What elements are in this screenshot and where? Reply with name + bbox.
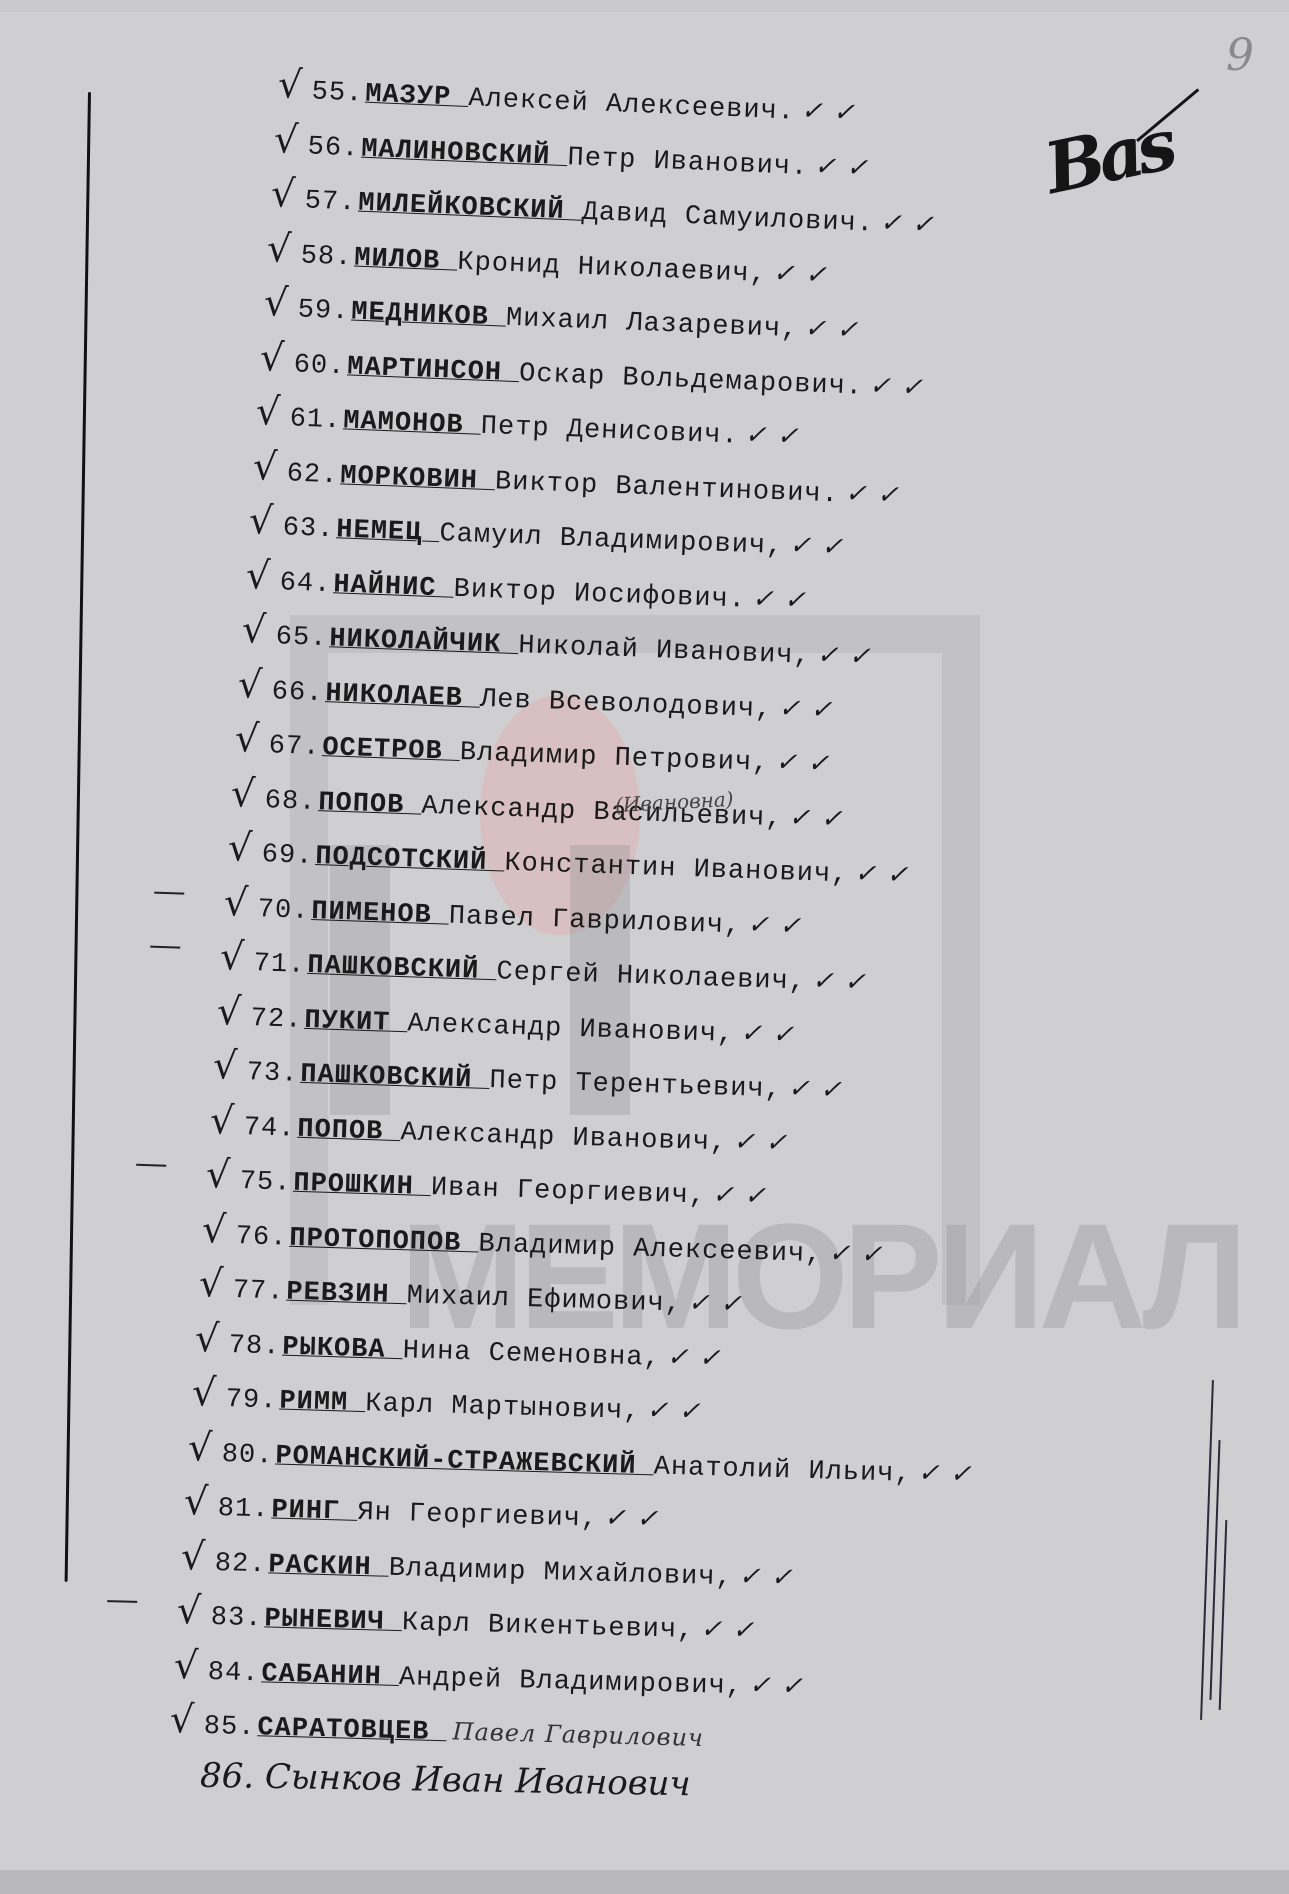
- entry-number: 69.: [261, 840, 314, 872]
- margin-check-icon: √: [259, 335, 293, 380]
- margin-check-icon: √: [241, 607, 275, 652]
- entry-surname: САБАНИН: [261, 1659, 399, 1693]
- entry-number: 67.: [268, 731, 321, 763]
- page-number: 9: [1226, 30, 1254, 81]
- entry-surname: МАРТИНСОН: [347, 352, 520, 389]
- check-marks-icon: ✓ ✓: [879, 208, 935, 240]
- check-marks-icon: ✓ ✓: [748, 1670, 804, 1701]
- entry-surname: РЕВЗИН: [286, 1278, 407, 1312]
- entry-number: 72.: [250, 1004, 303, 1036]
- entry-number: 61.: [290, 404, 343, 436]
- entry-number: 85.: [203, 1712, 255, 1743]
- entry-surname: ПРОТОПОПОВ: [289, 1223, 479, 1259]
- entry-surname: НАЙНИС: [332, 570, 453, 604]
- entry-surname: МОРКОВИН: [340, 461, 496, 497]
- entry-surname: РИНГ: [271, 1495, 358, 1527]
- margin-check-icon: √: [191, 1370, 224, 1415]
- check-marks-icon: ✓ ✓: [751, 583, 807, 615]
- margin-check-icon: √: [263, 280, 297, 325]
- check-marks-icon: ✓ ✓: [828, 1238, 884, 1270]
- entry-number: 66.: [272, 677, 325, 709]
- entry-number: 65.: [275, 622, 328, 654]
- entry-number: 63.: [282, 513, 335, 545]
- entry-surname: ПОПОВ: [318, 788, 422, 822]
- margin-check-icon: √: [270, 171, 304, 216]
- check-marks-icon: ✓ ✓: [816, 640, 872, 672]
- check-marks-icon: ✓ ✓: [745, 420, 801, 452]
- check-marks-icon: ✓ ✓: [712, 1180, 768, 1212]
- margin-check-icon: √: [252, 444, 286, 489]
- check-marks-icon: ✓ ✓: [853, 859, 909, 891]
- entry-number: 77.: [232, 1276, 284, 1308]
- margin-check-icon: √: [256, 389, 290, 434]
- entry-surname: МИЛОВ: [354, 243, 458, 277]
- check-marks-icon: ✓ ✓: [844, 478, 900, 510]
- check-marks-icon: ✓ ✓: [772, 258, 828, 290]
- entry-surname: РЫКОВА: [282, 1332, 403, 1366]
- entry-surname: РЫНЕВИЧ: [264, 1604, 402, 1638]
- entry-number: 58.: [300, 241, 353, 273]
- check-marks-icon: ✓ ✓: [646, 1395, 702, 1427]
- margin-check-icon: √: [184, 1479, 217, 1524]
- entry-handwritten-given-name: Павел Гаврилович: [452, 1717, 704, 1752]
- entry-surname: ОСЕТРОВ: [322, 733, 461, 768]
- entry-number: 75.: [239, 1167, 292, 1199]
- check-marks-icon: ✓ ✓: [666, 1342, 722, 1374]
- entry-surname: ПРОШКИН: [293, 1169, 431, 1203]
- margin-check-icon: √: [212, 1043, 245, 1088]
- entry-number: 68.: [264, 786, 317, 818]
- entry-number: 59.: [297, 295, 350, 327]
- check-marks-icon: ✓ ✓: [738, 1561, 794, 1593]
- margin-check-icon: √: [223, 880, 256, 925]
- entry-surname: РАСКИН: [268, 1550, 389, 1583]
- entry-surname: НИКОЛАЕВ: [325, 679, 481, 715]
- margin-check-icon: √: [198, 1261, 231, 1306]
- check-marks-icon: ✓ ✓: [747, 909, 803, 941]
- check-marks-icon: ✓ ✓: [775, 747, 831, 779]
- check-marks-icon: ✓ ✓: [868, 370, 924, 402]
- entry-number: 71.: [254, 949, 307, 981]
- check-marks-icon: ✓ ✓: [917, 1458, 973, 1490]
- handwritten-entry: 86. Сынков Иван Иванович: [200, 1756, 691, 1805]
- margin-check-icon: √: [202, 1207, 235, 1252]
- entry-surname: ПУКИТ: [304, 1005, 408, 1038]
- margin-check-icon: √: [273, 117, 307, 162]
- check-marks-icon: ✓ ✓: [740, 1018, 796, 1050]
- margin-check-icon: √: [230, 771, 264, 816]
- check-marks-icon: ✓ ✓: [604, 1503, 660, 1535]
- scan-bottom-edge: [0, 1870, 1289, 1894]
- entry-surname: ПАШКОВСКИЙ: [300, 1060, 490, 1096]
- margin-check-icon: √: [180, 1534, 213, 1579]
- check-marks-icon: ✓ ✓: [800, 96, 856, 128]
- entry-number: 55.: [311, 77, 364, 109]
- entry-surname: САРАТОВЦЕВ: [257, 1713, 447, 1748]
- entry-number: 62.: [286, 459, 339, 491]
- entry-surname: ПОПОВ: [296, 1114, 400, 1147]
- margin-check-icon: √: [187, 1425, 220, 1470]
- check-marks-icon: ✓ ✓: [803, 314, 859, 346]
- margin-check-icon: √: [173, 1643, 206, 1688]
- entry-surname: МАЗУР: [365, 80, 469, 114]
- entry-number: 80.: [221, 1439, 273, 1470]
- entry-number: 78.: [229, 1331, 281, 1363]
- entry-number: 73.: [246, 1058, 299, 1090]
- entry-surname: РИММ: [279, 1387, 366, 1420]
- entry-surname: ПИМЕНОВ: [311, 896, 450, 931]
- margin-check-icon: √: [216, 989, 249, 1034]
- margin-check-icon: √: [227, 825, 261, 870]
- entry-surname: НЕМЕЦ: [336, 515, 440, 549]
- entry-number: 83.: [211, 1603, 263, 1634]
- check-marks-icon: ✓ ✓: [732, 1126, 788, 1158]
- margin-check-icon: √: [209, 1098, 242, 1143]
- check-marks-icon: ✓ ✓: [789, 530, 845, 562]
- check-marks-icon: ✓ ✓: [788, 802, 844, 834]
- margin-check-icon: √: [205, 1152, 238, 1197]
- entry-number: 64.: [279, 568, 332, 600]
- margin-check-icon: √: [277, 62, 311, 107]
- margin-check-icon: √: [245, 553, 279, 598]
- entry-number: 76.: [236, 1222, 289, 1254]
- margin-check-icon: √: [220, 934, 253, 979]
- entry-surname: МЕДНИКОВ: [350, 297, 506, 333]
- margin-check-icon: √: [234, 716, 268, 761]
- margin-dash: [154, 891, 184, 894]
- entry-number: 79.: [225, 1385, 277, 1417]
- margin-check-icon: √: [248, 498, 282, 543]
- entry-surname: МАМОНОВ: [343, 406, 482, 441]
- margin-check-icon: √: [195, 1316, 228, 1361]
- check-marks-icon: ✓ ✓: [812, 966, 868, 998]
- margin-check-icon: √: [177, 1588, 210, 1633]
- check-marks-icon: ✓ ✓: [788, 1074, 844, 1106]
- check-marks-icon: ✓ ✓: [687, 1288, 743, 1320]
- entry-number: 60.: [293, 350, 346, 382]
- entry-number: 56.: [307, 132, 360, 164]
- margin-check-icon: √: [238, 662, 272, 707]
- entry-surname: ПАШКОВСКИЙ: [307, 951, 497, 987]
- entry-number: 57.: [304, 186, 357, 218]
- entry-number: 70.: [257, 895, 310, 927]
- entry-number: 82.: [214, 1548, 266, 1579]
- right-margin-strokes: [1200, 1350, 1230, 1750]
- entry-number: 74.: [243, 1113, 296, 1145]
- entry-number: 81.: [218, 1494, 270, 1525]
- margin-check-icon: √: [169, 1697, 202, 1742]
- entry-number: 84.: [207, 1657, 259, 1688]
- check-marks-icon: ✓ ✓: [778, 693, 834, 725]
- check-marks-icon: ✓ ✓: [700, 1614, 756, 1645]
- check-marks-icon: ✓ ✓: [814, 151, 870, 183]
- margin-check-icon: √: [266, 226, 300, 271]
